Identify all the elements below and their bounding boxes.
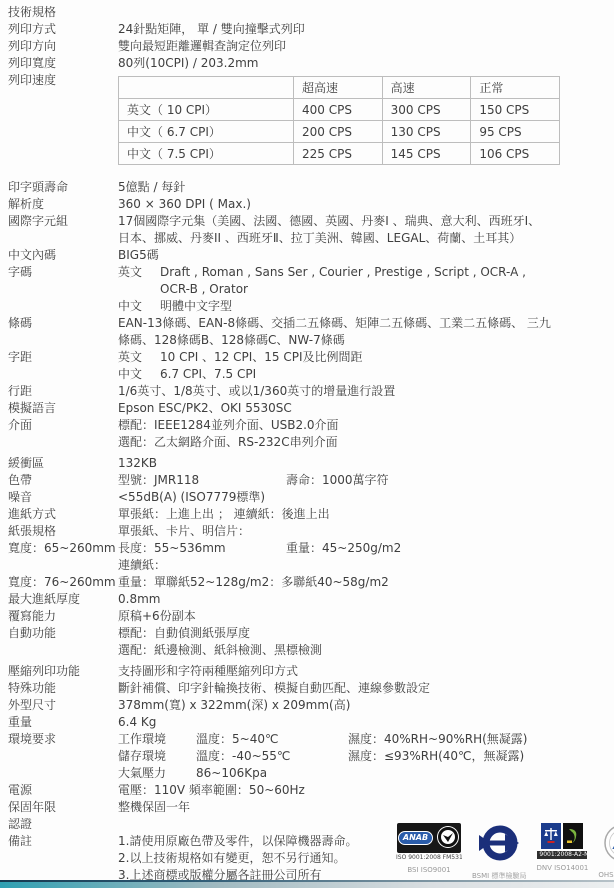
spec-text-segment: 支持圖形和字符兩種壓縮列印方式 [118, 664, 298, 678]
spec-label: 自動功能 [8, 625, 118, 642]
spec-value: <55dB(A) (ISO7779標準) [118, 489, 614, 506]
spec-lines: 17個國際字元集（美國、法國、德國、英國、丹麥Ⅰ 、瑞典、意大利、西班牙Ⅰ、日本… [118, 213, 614, 247]
spec-text-segment: 中文 [118, 366, 160, 383]
spec-row: 自動功能標配：自動偵測紙張厚度選配：紙邊檢測、紙斜檢測、黑標檢測 [8, 625, 614, 659]
speed-cell: 130 CPS [382, 121, 471, 143]
spec-text-segment: 5億點 / 每針 [118, 180, 185, 194]
spec-text-segment: 378mm(寬) x 322mm(深) x 209mm(高) [118, 698, 350, 712]
spec-label: 最大進紙厚度 [8, 591, 118, 608]
dnv-ukas-logo [541, 823, 583, 849]
spec-line: BIG5碼 [118, 247, 614, 264]
spec-line: 選配：乙太網路介面、RS-232C串列介面 [118, 434, 614, 451]
spec-lines: 工作環境溫度：5~40℃濕度：40%RH~90%RH(無凝露)儲存環境溫度：-4… [118, 731, 614, 782]
speed-cell: 200 CPS [294, 121, 383, 143]
spec-lines: 單張紙、卡片、明信片： [118, 523, 614, 540]
spec-text-segment: Epson ESC/PK2、OKI 5530SC [118, 401, 292, 415]
spec-line: 整機保固一年 [118, 799, 614, 816]
spec-row: 特殊功能斷針補償、印字針輪換技術、模擬自動匹配、連線參數設定 [8, 680, 614, 697]
spec-row: 環境要求工作環境溫度：5~40℃濕度：40%RH~90%RH(無凝露)儲存環境溫… [8, 731, 614, 782]
spec-text-segment: 壽命：1000萬字符 [286, 473, 389, 487]
spec-row: 色帶型號：JMR118壽命：1000萬字符 [8, 472, 614, 489]
spec-text-segment: 中文 [118, 298, 160, 315]
spec-value: 378mm(寬) x 322mm(深) x 209mm(高) [118, 697, 614, 714]
spec-text-segment: 0.8mm [118, 592, 160, 606]
spec-text-segment: EAN-13條碼、EAN-8條碼、交插二五條碼、矩陣二五條碼、工業二五條碼、 三… [118, 316, 551, 330]
footer-bar [0, 880, 614, 888]
spec-label: 噪音 [8, 489, 118, 506]
spec-text-segment: 型號：JMR118 [118, 472, 286, 489]
spec-lines: 英文10 CPI 、12 CPI、15 CPI及比例間距中文6.7 CPI、7.… [118, 349, 614, 383]
spec-text-segment: 條碼、128條碼B、128條碼C、NW-7條碼 [118, 333, 345, 347]
spec-line: 2.以上技術規格如有變更，恕不另行通知。 [118, 850, 396, 867]
spec-lines: 5億點 / 每針 [118, 179, 614, 196]
spec-line: 360 × 360 DPI ( Max.) [118, 196, 614, 213]
spec-label: 備註 [8, 833, 118, 850]
spec-list: 列印方式24針點矩陣， 單 / 雙向撞擊式列印列印方向雙向最短距離邏輯查詢定位列… [8, 21, 614, 884]
spec-row: 備註1.請使用原廠色帶及零件，以保障機器壽命。2.以上技術規格如有變更，恕不另行… [8, 833, 614, 884]
spec-label: 列印方向 [8, 38, 118, 55]
spec-line: 儲存環境溫度：-40~55℃濕度：≤93%RH(40℃，無凝露) [118, 748, 614, 765]
spec-lines: 長度：55~536mm重量：45~250g/m2連續紙： [118, 540, 614, 574]
spec-line: 1/6英寸、1/8英寸、或以1/360英寸的增量進行設置 [118, 383, 614, 400]
spec-text-segment: 工作環境 [118, 731, 196, 748]
spec-row: 模擬語言Epson ESC/PK2、OKI 5530SC [8, 400, 614, 417]
spec-lines: 1.請使用原廠色帶及零件，以保障機器壽命。2.以上技術規格如有變更，恕不另行通知… [118, 833, 396, 884]
speed-table-header: 正常 [471, 77, 560, 99]
spec-text-segment: 132KB [118, 456, 157, 470]
speed-cell: 400 CPS [294, 99, 383, 121]
spec-line: 80列(10CPI) / 203.2mm [118, 55, 614, 72]
spec-label: 列印方式 [8, 21, 118, 38]
spec-line: 電壓：110V 頻率範圍：50~60Hz [118, 782, 614, 799]
spec-lines: EAN-13條碼、EAN-8條碼、交插二五條碼、矩陣二五條碼、工業二五條碼、 三… [118, 315, 614, 349]
spec-label: 字距 [8, 349, 118, 366]
speed-cell: 300 CPS [382, 99, 471, 121]
spec-lines: 24針點矩陣， 單 / 雙向撞擊式列印 [118, 21, 614, 38]
spec-value: 單張紙：上進上出 ； 連續紙：後進上出 [118, 506, 614, 523]
spec-row: 寬度：65~260mm長度：55~536mm重量：45~250g/m2連續紙： [8, 540, 614, 574]
spec-row: 列印速度超高速高速正常英文（ 10 CPI）400 CPS300 CPS150 … [8, 72, 614, 173]
anab-iso9001-logo: ANAB [397, 823, 461, 853]
spec-text-segment: 標配：自動偵測紙張厚度 [118, 626, 250, 640]
spec-text-segment: 1/6英寸、1/8英寸、或以1/360英寸的增量進行設置 [118, 384, 395, 398]
spec-label: 電源 [8, 782, 118, 799]
spec-lines: Epson ESC/PK2、OKI 5530SC [118, 400, 614, 417]
spec-label: 紙張規格 [8, 523, 118, 540]
spec-row: 外型尺寸378mm(寬) x 322mm(深) x 209mm(高) [8, 697, 614, 714]
cert-bsmi: BSMI 標準檢驗局 [472, 823, 526, 881]
cert-bsi-iso9001: ANAB ISO 9001:2008 FM53174 BSI ISO9001 [396, 823, 462, 874]
spec-line: 英文Draft , Roman , Sans Ser , Courier , P… [118, 264, 614, 281]
spec-line: <55dB(A) (ISO7779標準) [118, 489, 614, 506]
spec-label: 重量 [8, 714, 118, 731]
spec-lines: <55dB(A) (ISO7779標準) [118, 489, 614, 506]
spec-value: 工作環境溫度：5~40℃濕度：40%RH~90%RH(無凝露)儲存環境溫度：-4… [118, 731, 614, 782]
spec-line: 1.請使用原廠色帶及零件，以保障機器壽命。 [118, 833, 396, 850]
spec-text-segment: 斷針補償、印字針輪換技術、模擬自動匹配、連線參數設定 [118, 681, 430, 695]
spec-value: 雙向最短距離邏輯查詢定位列印 [118, 38, 614, 55]
spec-text-segment: Draft , Roman , Sans Ser , Courier , Pre… [160, 265, 526, 279]
spec-line: 重量：單聯紙52~128g/m2：多聯紙40~58g/m2 [118, 574, 614, 591]
spec-row: 覆寫能力原稿+6份副本 [8, 608, 614, 625]
spec-lines: 型號：JMR118壽命：1000萬字符 [118, 472, 614, 489]
spec-label: 進紙方式 [8, 506, 118, 523]
spec-line: 連續紙： [118, 557, 614, 574]
spec-row: 紙張規格單張紙、卡片、明信片： [8, 523, 614, 540]
spec-line: 大氣壓力86~106Kpa [118, 765, 614, 782]
spec-text-segment: 原稿+6份副本 [118, 609, 196, 623]
spec-text-segment: 單張紙、卡片、明信片： [118, 524, 250, 538]
spec-row: 條碼EAN-13條碼、EAN-8條碼、交插二五條碼、矩陣二五條碼、工業二五條碼、… [8, 315, 614, 349]
spec-value: 型號：JMR118壽命：1000萬字符 [118, 472, 614, 489]
spec-row: 字碼英文Draft , Roman , Sans Ser , Courier ,… [8, 264, 614, 315]
spec-lines: 0.8mm [118, 591, 614, 608]
spec-label: 覆寫能力 [8, 608, 118, 625]
speed-row-label: 中文（ 7.5 CPI） [119, 143, 294, 165]
spec-label: 列印速度 [8, 72, 118, 89]
spec-row: 寬度：76~260mm重量：單聯紙52~128g/m2：多聯紙40~58g/m2 [8, 574, 614, 591]
spec-line: 17個國際字元集（美國、法國、德國、英國、丹麥Ⅰ 、瑞典、意大利、西班牙Ⅰ、 [118, 213, 614, 230]
spec-value: 17個國際字元集（美國、法國、德國、英國、丹麥Ⅰ 、瑞典、意大利、西班牙Ⅰ、日本… [118, 213, 614, 247]
spec-value: 英文10 CPI 、12 CPI、15 CPI及比例間距中文6.7 CPI、7.… [118, 349, 614, 383]
spec-text-segment: OCR-B , Orator [160, 282, 248, 296]
spec-row: 行距1/6英寸、1/8英寸、或以1/360英寸的增量進行設置 [8, 383, 614, 400]
spec-value: 6.4 Kg [118, 714, 614, 731]
spec-value: EAN-13條碼、EAN-8條碼、交插二五條碼、矩陣二五條碼、工業二五條碼、 三… [118, 315, 614, 349]
spec-line: 條碼、128條碼B、128條碼C、NW-7條碼 [118, 332, 614, 349]
spec-line: 132KB [118, 455, 614, 472]
spec-line: 支持圖形和字符兩種壓縮列印方式 [118, 663, 614, 680]
spec-label: 字碼 [8, 264, 118, 281]
speed-cell: 95 CPS [471, 121, 560, 143]
speed-cell: 145 CPS [382, 143, 471, 165]
spec-line: 原稿+6份副本 [118, 608, 614, 625]
spec-lines: BIG5碼 [118, 247, 614, 264]
cert-logos: ANAB ISO 9001:2008 FM53174 BSI ISO9001 [396, 823, 614, 881]
spec-text-segment: 單張紙：上進上出 ； 連續紙：後進上出 [118, 507, 330, 521]
spec-row: 保固年限整機保固一年 [8, 799, 614, 816]
speed-table-header [119, 77, 294, 99]
spec-row: 噪音<55dB(A) (ISO7779標準) [8, 489, 614, 506]
spec-line: 標配：自動偵測紙張厚度 [118, 625, 614, 642]
spec-value: 斷針補償、印字針輪換技術、模擬自動匹配、連線參數設定 [118, 680, 614, 697]
spec-text-segment: 大氣壓力 [118, 765, 196, 782]
cert-label-bsi: BSI ISO9001 [407, 866, 450, 874]
speed-row-label: 中文（ 6.7 CPI） [119, 121, 294, 143]
spec-lines: 6.4 Kg [118, 714, 614, 731]
spec-value: 24針點矩陣， 單 / 雙向撞擊式列印 [118, 21, 614, 38]
spec-text-segment: 儲存環境 [118, 748, 196, 765]
spec-text-segment: 80列(10CPI) / 203.2mm [118, 56, 258, 70]
spec-value: 1.請使用原廠色帶及零件，以保障機器壽命。2.以上技術規格如有變更，恕不另行通知… [118, 833, 614, 884]
spec-lines: 原稿+6份副本 [118, 608, 614, 625]
print-speed-table: 超高速高速正常英文（ 10 CPI）400 CPS300 CPS150 CPS中… [118, 76, 560, 165]
spec-row: 列印方式24針點矩陣， 單 / 雙向撞擊式列印 [8, 21, 614, 38]
spec-lines: 重量：單聯紙52~128g/m2：多聯紙40~58g/m2 [118, 574, 614, 591]
cert-ohsas-18001: OHSAS 18001 [598, 823, 614, 879]
spec-value: 超高速高速正常英文（ 10 CPI）400 CPS300 CPS150 CPS中… [118, 72, 614, 173]
spec-row: 壓縮列印功能支持圖形和字符兩種壓縮列印方式 [8, 663, 614, 680]
spec-lines: 標配：自動偵測紙張厚度選配：紙邊檢測、紙斜檢測、黑標檢測 [118, 625, 614, 659]
speed-table-row: 英文（ 10 CPI）400 CPS300 CPS150 CPS [119, 99, 560, 121]
spec-text-segment: 86~106Kpa [196, 766, 267, 780]
spec-value: 整機保固一年 [118, 799, 614, 816]
spec-text-segment: 6.7 CPI、7.5 CPI [160, 367, 256, 381]
spec-line: 24針點矩陣， 單 / 雙向撞擊式列印 [118, 21, 614, 38]
spec-text-segment: 溫度：-40~55℃ [196, 748, 348, 765]
speed-table-header-row: 超高速高速正常 [119, 77, 560, 99]
spec-row: 進紙方式單張紙：上進上出 ； 連續紙：後進上出 [8, 506, 614, 523]
spec-text-segment: 日本、挪威、丹麥II 、西班牙Ⅱ、拉丁美洲、韓國、LEGAL、荷蘭、土耳其） [118, 231, 521, 245]
spec-line: 0.8mm [118, 591, 614, 608]
spec-label: 行距 [8, 383, 118, 400]
spec-document: 技術規格 列印方式24針點矩陣， 單 / 雙向撞擊式列印列印方向雙向最短距離邏輯… [0, 0, 614, 888]
spec-text-segment: 電壓：110V 頻率範圍：50~60Hz [118, 783, 305, 797]
spec-line: 選配：紙邊檢測、紙斜檢測、黑標檢測 [118, 642, 614, 659]
spec-value: 1/6英寸、1/8英寸、或以1/360英寸的增量進行設置 [118, 383, 614, 400]
spec-line: 標配：IEEE1284並列介面、USB2.0介面 [118, 417, 614, 434]
spec-label: 緩衝區 [8, 455, 118, 472]
speed-table-header: 超高速 [294, 77, 383, 99]
cert-dnv-iso14001: 9001:2008-A2-NQC-Rot DNV ISO14001 [536, 823, 588, 872]
spec-text-segment: 10 CPI 、12 CPI、15 CPI及比例間距 [160, 350, 363, 364]
spec-label: 解析度 [8, 196, 118, 213]
spec-row: 國際字元組17個國際字元集（美國、法國、德國、英國、丹麥Ⅰ 、瑞典、意大利、西班… [8, 213, 614, 247]
spec-label: 國際字元組 [8, 213, 118, 230]
spec-lines: 英文Draft , Roman , Sans Ser , Courier , P… [118, 264, 614, 315]
spec-lines: 132KB [118, 455, 614, 472]
spec-label: 壓縮列印功能 [8, 663, 118, 680]
spec-value: 重量：單聯紙52~128g/m2：多聯紙40~58g/m2 [118, 574, 614, 591]
cert-label-ohsas: OHSAS 18001 [598, 871, 614, 879]
spec-text-segment: 明體中文字型 [160, 299, 232, 313]
spec-line: 日本、挪威、丹麥II 、西班牙Ⅱ、拉丁美洲、韓國、LEGAL、荷蘭、土耳其） [118, 230, 614, 247]
spec-row: 中文內碼BIG5碼 [8, 247, 614, 264]
spec-row: 列印方向雙向最短距離邏輯查詢定位列印 [8, 38, 614, 55]
spec-label: 色帶 [8, 472, 118, 489]
spec-text-segment: 整機保固一年 [118, 800, 190, 814]
spec-lines: 378mm(寬) x 322mm(深) x 209mm(高) [118, 697, 614, 714]
spec-text-segment: 360 × 360 DPI ( Max.) [118, 197, 251, 211]
spec-text-segment: 濕度：40%RH~90%RH(無凝露) [348, 732, 528, 746]
spec-value: 132KB [118, 455, 614, 472]
spec-value: 長度：55~536mm重量：45~250g/m2連續紙： [118, 540, 614, 574]
spec-text-segment: 重量：單聯紙52~128g/m2：多聯紙40~58g/m2 [118, 575, 389, 589]
spec-value: Epson ESC/PK2、OKI 5530SC [118, 400, 614, 417]
spec-line: EAN-13條碼、EAN-8條碼、交插二五條碼、矩陣二五條碼、工業二五條碼、 三… [118, 315, 614, 332]
spec-value: 原稿+6份副本 [118, 608, 614, 625]
spec-line: 斷針補償、印字針輪換技術、模擬自動匹配、連線參數設定 [118, 680, 614, 697]
spec-value: 標配：自動偵測紙張厚度選配：紙邊檢測、紙斜檢測、黑標檢測 [118, 625, 614, 659]
spec-label: 條碼 [8, 315, 118, 332]
spec-text-segment: 溫度：5~40℃ [196, 731, 348, 748]
spec-label: 特殊功能 [8, 680, 118, 697]
speed-cell: 106 CPS [471, 143, 560, 165]
ohsas-triangle-seal-icon [603, 823, 614, 866]
spec-line: OCR-B , Orator [118, 281, 614, 298]
bsmi-safety-mark-icon [478, 823, 520, 866]
spec-lines: 斷針補償、印字針輪換技術、模擬自動匹配、連線參數設定 [118, 680, 614, 697]
spec-row: 緩衝區132KB [8, 455, 614, 472]
anab-logo-text: ANAB [398, 831, 433, 845]
footer-bar-gradient [0, 882, 614, 888]
spec-value: 80列(10CPI) / 203.2mm [118, 55, 614, 72]
spec-lines: 整機保固一年 [118, 799, 614, 816]
spec-lines: 1/6英寸、1/8英寸、或以1/360英寸的增量進行設置 [118, 383, 614, 400]
spec-text-segment: 英文 [118, 349, 160, 366]
ukas-swoosh-icon [563, 823, 583, 849]
spec-label: 列印寬度 [8, 55, 118, 72]
speed-table-header: 高速 [382, 77, 471, 99]
dnv-scales-icon [541, 823, 561, 849]
anab-cert-number: ISO 9001:2008 FM53174 [396, 854, 462, 861]
spec-row: 電源電壓：110V 頻率範圍：50~60Hz [8, 782, 614, 799]
spec-value: 單張紙、卡片、明信片： [118, 523, 614, 540]
spec-label: 外型尺寸 [8, 697, 118, 714]
spec-value: 標配：IEEE1284並列介面、USB2.0介面選配：乙太網路介面、RS-232… [118, 417, 614, 451]
spec-line: 單張紙：上進上出 ； 連續紙：後進上出 [118, 506, 614, 523]
spec-label: 介面 [8, 417, 118, 434]
speed-table-row: 中文（ 6.7 CPI）200 CPS130 CPS95 CPS [119, 121, 560, 143]
spec-row: 介面標配：IEEE1284並列介面、USB2.0介面選配：乙太網路介面、RS-2… [8, 417, 614, 451]
spec-row: 重量6.4 Kg [8, 714, 614, 731]
speed-cell: 225 CPS [294, 143, 383, 165]
spec-line: 型號：JMR118壽命：1000萬字符 [118, 472, 614, 489]
spec-lines: 360 × 360 DPI ( Max.) [118, 196, 614, 213]
spec-text-segment: 雙向最短距離邏輯查詢定位列印 [118, 39, 286, 53]
spec-text-segment: 英文 [118, 264, 160, 281]
spec-text-segment: 1.請使用原廠色帶及零件，以保障機器壽命。 [118, 834, 357, 848]
speed-row-label: 英文（ 10 CPI） [119, 99, 294, 121]
spec-line: 378mm(寬) x 322mm(深) x 209mm(高) [118, 697, 614, 714]
spec-row: 字距英文10 CPI 、12 CPI、15 CPI及比例間距中文6.7 CPI、… [8, 349, 614, 383]
spec-text-segment: 17個國際字元集（美國、法國、德國、英國、丹麥Ⅰ 、瑞典、意大利、西班牙Ⅰ、 [118, 214, 540, 228]
spec-line: 長度：55~536mm重量：45~250g/m2 [118, 540, 614, 557]
spec-label: 中文內碼 [8, 247, 118, 264]
spec-row: 印字頭壽命5億點 / 每針 [8, 179, 614, 196]
spec-value: BIG5碼 [118, 247, 614, 264]
spec-lines: 雙向最短距離邏輯查詢定位列印 [118, 38, 614, 55]
spec-text-segment: 標配：IEEE1284並列介面、USB2.0介面 [118, 418, 339, 432]
speed-cell: 150 CPS [471, 99, 560, 121]
spec-value: 0.8mm [118, 591, 614, 608]
spec-lines: 支持圖形和字符兩種壓縮列印方式 [118, 663, 614, 680]
spec-row: 最大進紙厚度0.8mm [8, 591, 614, 608]
spec-text-segment: 6.4 Kg [118, 715, 156, 729]
spec-text-segment: 2.以上技術規格如有變更，恕不另行通知。 [118, 851, 345, 865]
spec-row: 解析度360 × 360 DPI ( Max.) [8, 196, 614, 213]
spec-lines: 單張紙：上進上出 ； 連續紙：後進上出 [118, 506, 614, 523]
spec-line: 中文6.7 CPI、7.5 CPI [118, 366, 614, 383]
spec-line: 雙向最短距離邏輯查詢定位列印 [118, 38, 614, 55]
cert-label-dnv: DNV ISO14001 [536, 864, 588, 872]
spec-line: 中文明體中文字型 [118, 298, 614, 315]
spec-text-segment: 長度：55~536mm [118, 540, 286, 557]
spec-text-segment: <55dB(A) (ISO7779標準) [118, 490, 265, 504]
spec-line: 英文10 CPI 、12 CPI、15 CPI及比例間距 [118, 349, 614, 366]
spec-text-segment: 濕度：≤93%RH(40℃，無凝露) [348, 749, 524, 763]
spec-line: Epson ESC/PK2、OKI 5530SC [118, 400, 614, 417]
spec-label: 模擬語言 [8, 400, 118, 417]
spec-text-segment: 24針點矩陣， 單 / 雙向撞擊式列印 [118, 22, 305, 36]
spec-text-segment: 重量：45~250g/m2 [286, 541, 401, 555]
spec-line: 6.4 Kg [118, 714, 614, 731]
spec-value: 電壓：110V 頻率範圍：50~60Hz [118, 782, 614, 799]
spec-text-segment: 選配：乙太網路介面、RS-232C串列介面 [118, 435, 338, 449]
spec-lines: 80列(10CPI) / 203.2mm [118, 55, 614, 72]
spec-lines: 標配：IEEE1284並列介面、USB2.0介面選配：乙太網路介面、RS-232… [118, 417, 614, 451]
spec-text-segment: 選配：紙邊檢測、紙斜檢測、黑標檢測 [118, 643, 322, 657]
spec-label: 印字頭壽命 [8, 179, 118, 196]
spec-label: 保固年限 [8, 799, 118, 816]
spec-value: 360 × 360 DPI ( Max.) [118, 196, 614, 213]
spec-value: 英文Draft , Roman , Sans Ser , Courier , P… [118, 264, 614, 315]
page-title: 技術規格 [8, 4, 614, 21]
remarks-notes: 1.請使用原廠色帶及零件，以保障機器壽命。2.以上技術規格如有變更，恕不另行通知… [118, 833, 396, 884]
dnv-cert-number: 9001:2008-A2-NQC-Rot [537, 851, 587, 859]
spec-value: 支持圖形和字符兩種壓縮列印方式 [118, 663, 614, 680]
spec-lines: 電壓：110V 頻率範圍：50~60Hz [118, 782, 614, 799]
speed-table-row: 中文（ 7.5 CPI）225 CPS145 CPS106 CPS [119, 143, 560, 165]
spec-row: 列印寬度80列(10CPI) / 203.2mm [8, 55, 614, 72]
spec-line: 5億點 / 每針 [118, 179, 614, 196]
spec-label: 寬度：65~260mm [8, 540, 118, 557]
spec-label: 寬度：76~260mm [8, 574, 118, 591]
anab-check-emblem-icon [436, 825, 460, 852]
spec-label: 認證 [8, 816, 118, 833]
spec-line: 單張紙、卡片、明信片： [118, 523, 614, 540]
spec-text-segment: 連續紙： [118, 558, 166, 572]
spec-label: 環境要求 [8, 731, 118, 748]
spec-line: 工作環境溫度：5~40℃濕度：40%RH~90%RH(無凝露) [118, 731, 614, 748]
spec-value: 5億點 / 每針 [118, 179, 614, 196]
spec-text-segment: BIG5碼 [118, 248, 159, 262]
